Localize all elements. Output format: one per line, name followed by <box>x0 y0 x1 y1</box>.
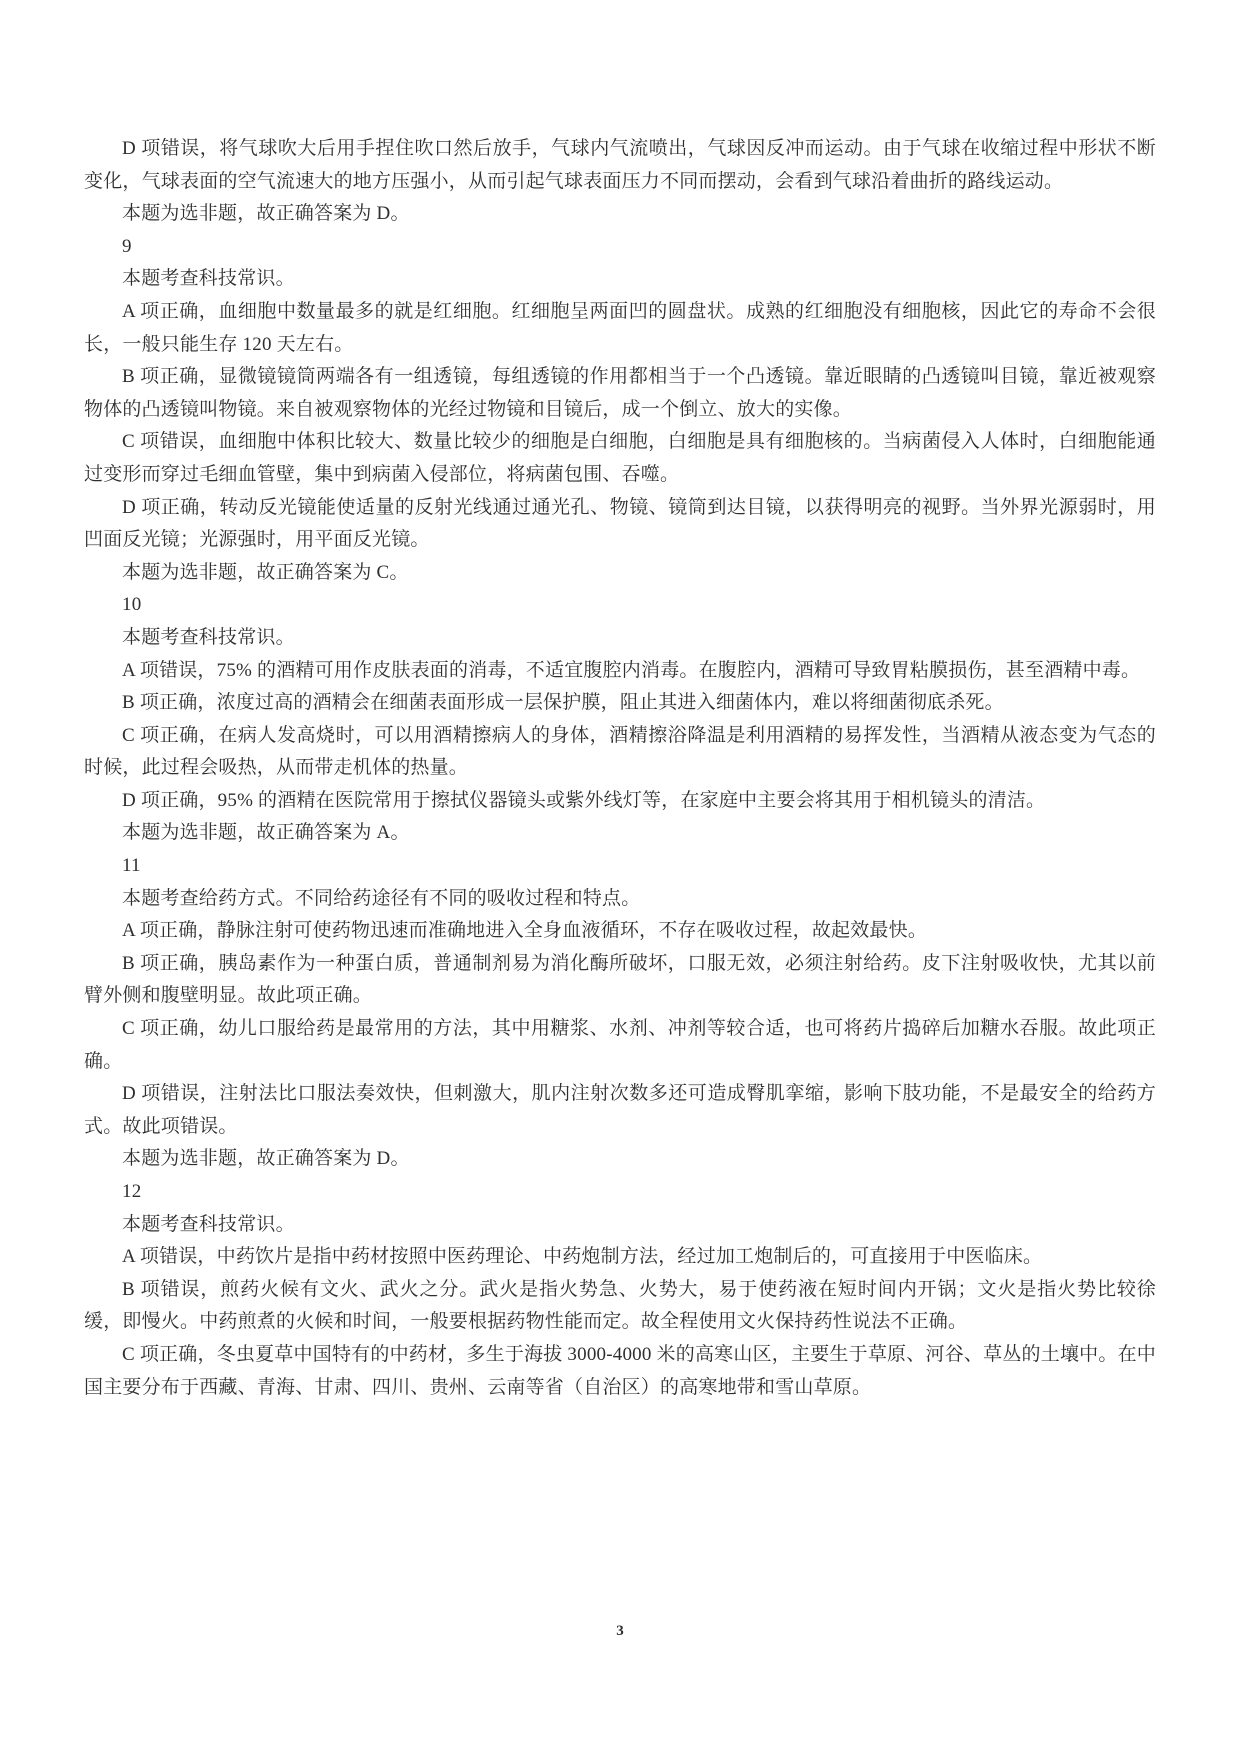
paragraph: A 项正确，静脉注射可使药物迅速而准确地进入全身血液循环，不存在吸收过程，故起效… <box>84 915 1156 948</box>
paragraph: 本题为选非题，故正确答案为 C。 <box>84 557 1156 590</box>
paragraph: B 项错误，煎药火候有文火、武火之分。武火是指火势急、火势大，易于使药液在短时间… <box>84 1274 1156 1339</box>
paragraph: 12 <box>84 1176 1156 1209</box>
paragraph: A 项错误，75% 的酒精可用作皮肤表面的消毒，不适宜腹腔内消毒。在腹腔内，酒精… <box>84 655 1156 688</box>
paragraph: D 项错误，注射法比口服法奏效快，但刺激大，肌内注射次数多还可造成臀肌挛缩，影响… <box>84 1078 1156 1143</box>
page-footer: 3 <box>0 1622 1240 1640</box>
paragraph: B 项正确，显微镜镜筒两端各有一组透镜，每组透镜的作用都相当于一个凸透镜。靠近眼… <box>84 361 1156 426</box>
paragraph: B 项正确，浓度过高的酒精会在细菌表面形成一层保护膜，阻止其进入细菌体内，难以将… <box>84 687 1156 720</box>
page-number: 3 <box>616 1623 624 1639</box>
paragraph: D 项正确，转动反光镜能使适量的反射光线通过通光孔、物镜、镜筒到达目镜，以获得明… <box>84 492 1156 557</box>
paragraph: 本题考查科技常识。 <box>84 622 1156 655</box>
paragraph: 本题为选非题，故正确答案为 D。 <box>84 1143 1156 1176</box>
paragraph: D 项错误，将气球吹大后用手捏住吹口然后放手，气球内气流喷出，气球因反冲而运动。… <box>84 133 1156 198</box>
paragraph: 11 <box>84 850 1156 883</box>
document-page: D 项错误，将气球吹大后用手捏住吹口然后放手，气球内气流喷出，气球因反冲而运动。… <box>0 0 1240 1754</box>
paragraph: D 项正确，95% 的酒精在医院常用于擦拭仪器镜头或紫外线灯等，在家庭中主要会将… <box>84 785 1156 818</box>
paragraph: A 项错误，中药饮片是指中药材按照中医药理论、中药炮制方法，经过加工炮制后的，可… <box>84 1241 1156 1274</box>
paragraph: 9 <box>84 231 1156 264</box>
paragraph: C 项正确，冬虫夏草中国特有的中药材，多生于海拔 3000-4000 米的高寒山… <box>84 1339 1156 1404</box>
paragraph: C 项错误，血细胞中体积比较大、数量比较少的细胞是白细胞，白细胞是具有细胞核的。… <box>84 426 1156 491</box>
paragraph: 10 <box>84 589 1156 622</box>
paragraph: 本题考查给药方式。不同给药途径有不同的吸收过程和特点。 <box>84 883 1156 916</box>
paragraph: C 项正确，在病人发高烧时，可以用酒精擦病人的身体，酒精擦浴降温是利用酒精的易挥… <box>84 720 1156 785</box>
paragraph: 本题为选非题，故正确答案为 D。 <box>84 198 1156 231</box>
document-body: D 项错误，将气球吹大后用手捏住吹口然后放手，气球内气流喷出，气球因反冲而运动。… <box>84 133 1156 1404</box>
paragraph: 本题考查科技常识。 <box>84 263 1156 296</box>
paragraph: 本题考查科技常识。 <box>84 1209 1156 1242</box>
paragraph: A 项正确，血细胞中数量最多的就是红细胞。红细胞呈两面凹的圆盘状。成熟的红细胞没… <box>84 296 1156 361</box>
paragraph: 本题为选非题，故正确答案为 A。 <box>84 817 1156 850</box>
paragraph: C 项正确，幼儿口服给药是最常用的方法，其中用糖浆、水剂、冲剂等较合适，也可将药… <box>84 1013 1156 1078</box>
paragraph: B 项正确，胰岛素作为一种蛋白质，普通制剂易为消化酶所破坏，口服无效，必须注射给… <box>84 948 1156 1013</box>
